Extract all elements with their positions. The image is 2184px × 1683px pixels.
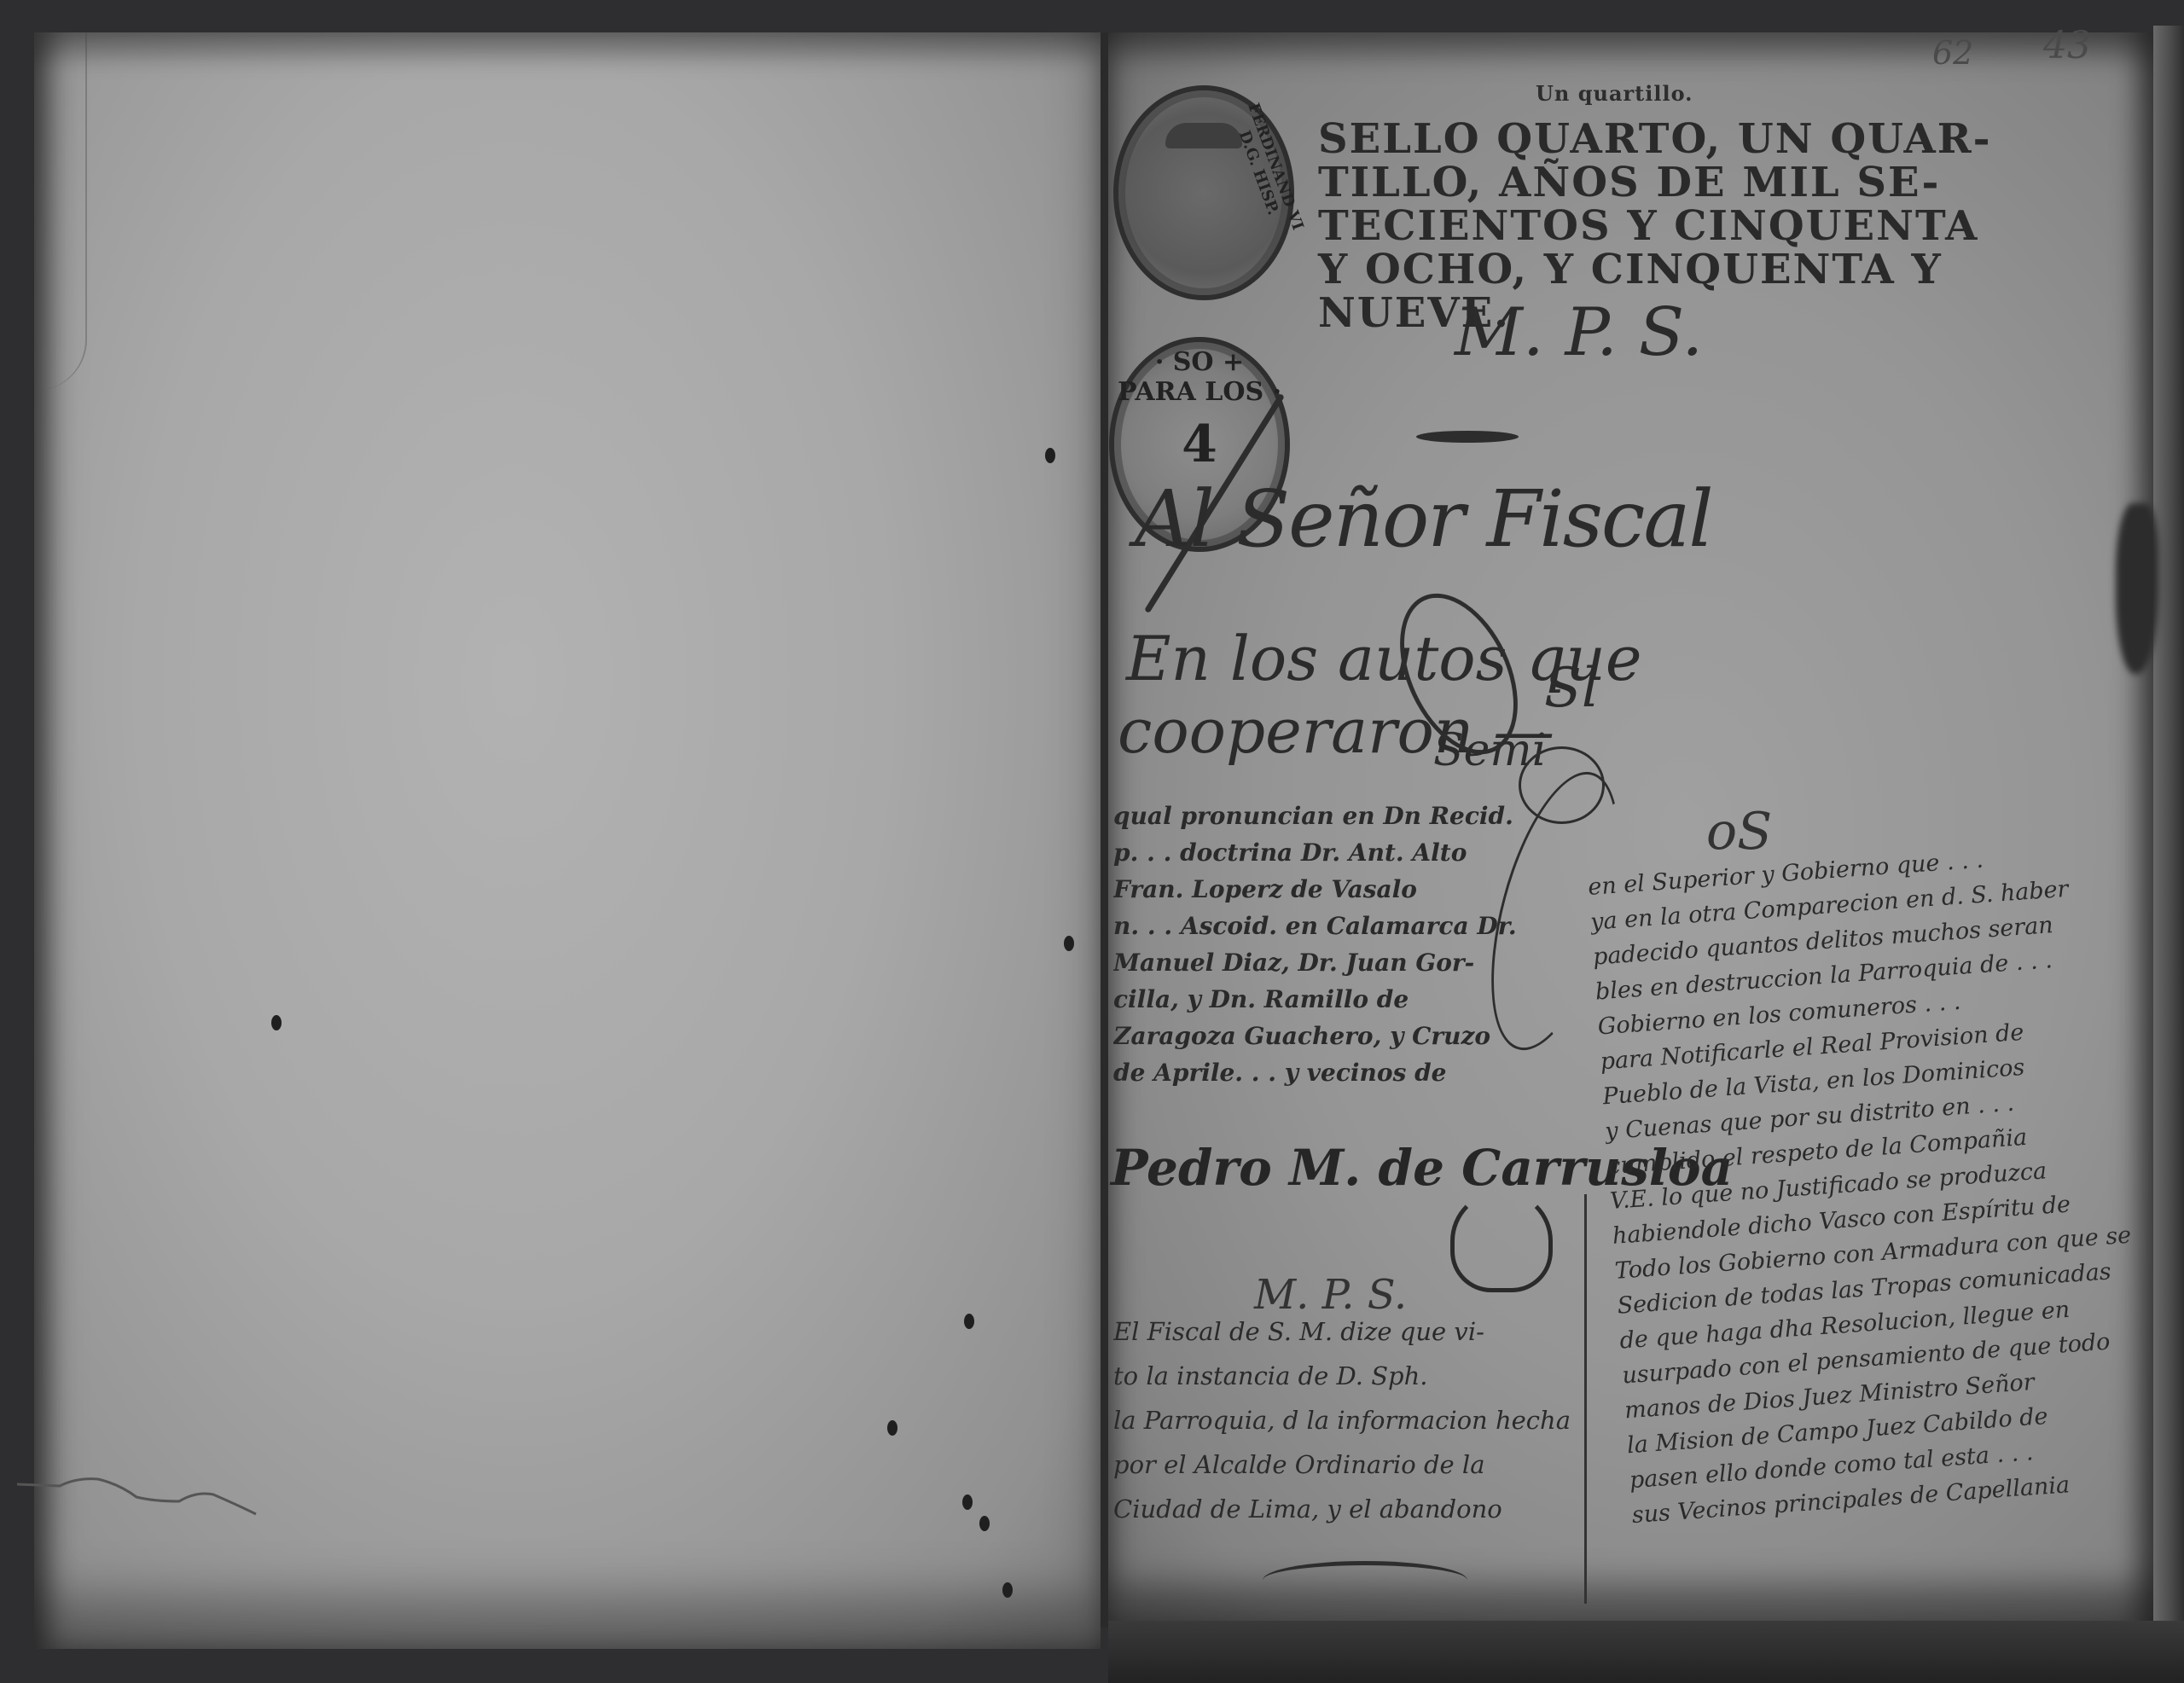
page-gutter-line bbox=[1101, 32, 1108, 1628]
bottom-shadow bbox=[1108, 1621, 2184, 1683]
crown-icon bbox=[1165, 123, 1242, 148]
marginal-mark: oS bbox=[1706, 802, 1772, 862]
text-line: to la instancia de D. Sph. bbox=[1113, 1354, 1574, 1398]
text-line: Fran. Loperz de Vasalo bbox=[1113, 871, 1557, 908]
ink-speck bbox=[962, 1494, 973, 1510]
left-column-text: qual pronuncian en Dn Recid. p. . . doct… bbox=[1113, 798, 1557, 1091]
header-line: tecientos y cinquenta bbox=[1318, 205, 1864, 248]
text-line: cilla, y Dn. Ramillo de bbox=[1113, 981, 1557, 1018]
left-page bbox=[34, 32, 1101, 1649]
ink-blot bbox=[2116, 503, 2158, 674]
ink-speck bbox=[979, 1516, 990, 1531]
ink-speck bbox=[1002, 1582, 1013, 1598]
signature-rubric bbox=[1450, 1190, 1553, 1292]
text-line: qual pronuncian en Dn Recid. bbox=[1113, 798, 1557, 834]
folio-number-old: 62 bbox=[1932, 34, 1973, 72]
text-line: Manuel Diaz, Dr. Juan Gor- bbox=[1113, 944, 1557, 981]
text-line: la Parroquia, d la informacion hecha bbox=[1113, 1398, 1574, 1442]
column-divider bbox=[1584, 1194, 1587, 1604]
royal-seal-top: FERDINAND VI D.G. HISP. bbox=[1113, 85, 1294, 300]
fiscal-text: El Fiscal de S. M. dize que vi- to la in… bbox=[1113, 1309, 1574, 1531]
seal-ring-text: · SO + PARA LOS · bbox=[1114, 347, 1285, 407]
text-line: por el Alcalde Ordinario de la bbox=[1113, 1442, 1574, 1487]
header-line: Sello quarto, un quar- bbox=[1318, 118, 1864, 161]
text-line: de Aprile. . . y vecinos de bbox=[1113, 1054, 1557, 1091]
folio-number-new: 43 bbox=[2043, 24, 2091, 67]
ink-speck bbox=[1045, 448, 1055, 463]
seal-denomination: 4 bbox=[1182, 415, 1217, 474]
marginal-word: Sl bbox=[1544, 657, 1599, 720]
text-line: Zaragoza Guachero, y Cruzo bbox=[1113, 1018, 1557, 1054]
pen-flourish-stroke bbox=[1416, 431, 1519, 443]
pen-flourish-tail bbox=[1263, 1561, 1467, 1599]
ink-speck bbox=[271, 1015, 282, 1030]
ink-speck bbox=[887, 1420, 897, 1436]
text-line: n. . . Ascoid. en Calamarca Dr. bbox=[1113, 908, 1557, 944]
ink-speck bbox=[1064, 936, 1074, 951]
text-line: Ciudad de Lima, y el abandono bbox=[1113, 1487, 1574, 1531]
header-line: y ocho, y cinquenta y bbox=[1318, 248, 1864, 292]
text-line: El Fiscal de S. M. dize que vi- bbox=[1113, 1309, 1574, 1354]
left-page-crack bbox=[17, 1476, 273, 1527]
left-page-fold bbox=[34, 32, 87, 391]
ink-speck bbox=[964, 1314, 974, 1329]
right-column-text: en el Superior y Gobierno que . . . ya e… bbox=[1587, 832, 2184, 1533]
header-line: tillo, años de mil se- bbox=[1318, 161, 1864, 205]
text-line: p. . . doctrina Dr. Ant. Alto bbox=[1113, 834, 1557, 871]
salutation: M. P. S. bbox=[1455, 294, 1703, 371]
address-line: Al Señor Fiscal bbox=[1135, 473, 1712, 565]
stamp-caption: Un quartillo. bbox=[1536, 81, 1693, 106]
